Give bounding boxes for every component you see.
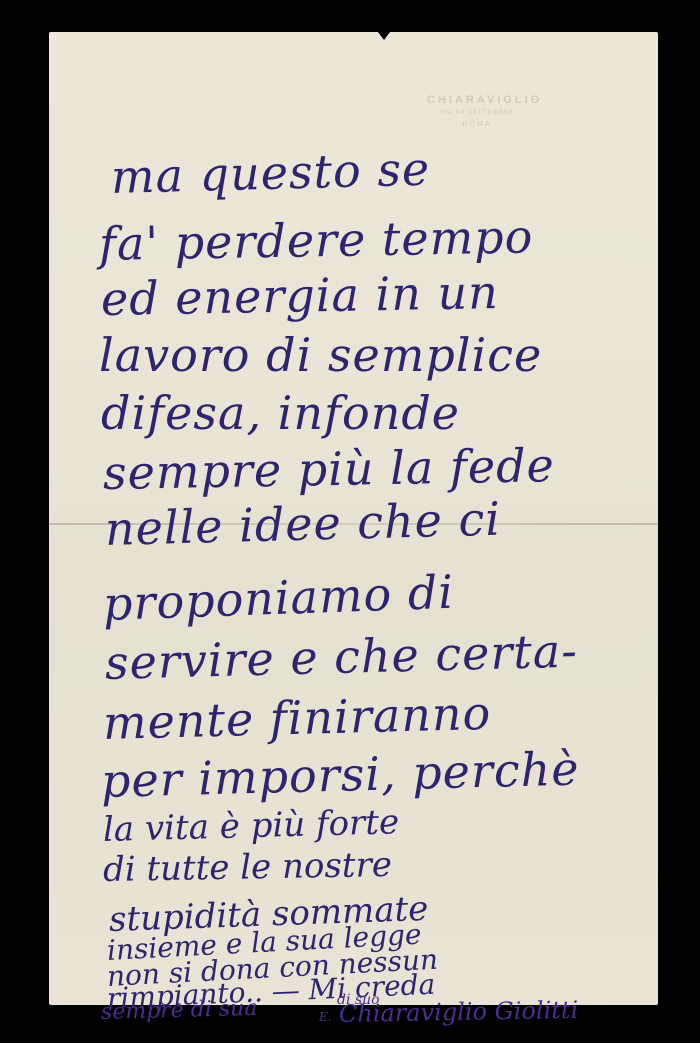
handwritten-line: la vita è più forte <box>102 802 399 850</box>
handwritten-line: fa' perdere tempo <box>99 209 534 271</box>
handwritten-line: lavoro di semplice <box>99 328 542 382</box>
handwritten-line: difesa, infonde <box>101 386 460 440</box>
handwritten-line: ed energia in un <box>101 265 500 326</box>
letter-body: ma questo se fa' perdere tempo ed energi… <box>49 32 658 1005</box>
handwritten-line: sempre di sua <box>101 996 258 1025</box>
handwritten-line: servire e che certa- <box>104 624 578 690</box>
handwritten-line: ma questo se <box>110 142 431 204</box>
letter-paper: CHIARAVIGLIO VIA XX SETTEMBRE ROMA ma qu… <box>49 32 658 1005</box>
handwritten-line: mente finiranno <box>102 686 492 750</box>
handwritten-line: di tutte le nostre <box>103 845 393 890</box>
paper-notch <box>378 32 390 40</box>
handwritten-line: nelle idee che ci <box>104 492 501 556</box>
handwritten-line: per imporsi, perchè <box>100 741 580 808</box>
signature-prefix: E. <box>319 1010 332 1024</box>
handwritten-line: sempre più la fede <box>103 438 556 500</box>
signature: Chiaraviglio Giolitti <box>339 996 579 1028</box>
handwritten-line: proponiamo di <box>102 565 455 631</box>
